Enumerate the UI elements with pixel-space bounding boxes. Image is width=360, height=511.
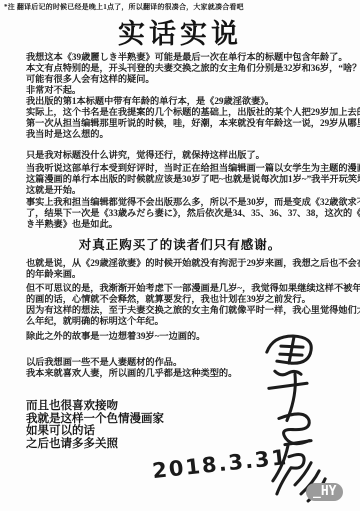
paragraph-2: 只是我对标题没什么讲究，觉得还行，就保持这样出版了。	[26, 150, 346, 161]
thanks-statement: 对真正购买了的读者们只有感谢。	[0, 235, 360, 253]
afterword-page: *注 翻译后记的时候已经是晚上1点了，所以翻译的很凑合，大家就凑合看吧 实话实说…	[0, 0, 360, 511]
text-line: 实际上，这个书名是在我提案的几个标题的基础上，出版社的某个人把29岁加上去的。	[26, 107, 346, 118]
text-line: 这就是开始。	[26, 185, 346, 196]
text-line: 当我听说这部单行本受到好评时，当时正在给担当编辑画一篇以女学生为主题的漫画，“包…	[26, 163, 346, 174]
closing-line: 之后也请多多关照	[26, 438, 164, 451]
page-title: 实话实说	[0, 12, 360, 51]
text-line: 事实上我和担当编辑都觉得不会出版那么多，所以不是30岁，而是变成《32歳欲求不満…	[26, 197, 346, 208]
paragraph-6: 但不可思议的是，我渐渐开始考虑下一部漫画是几岁~，我觉得如果继续这样不被年龄所束…	[26, 283, 346, 327]
closing-block: 而且也很喜欢接吻 我就是这样一个色情漫画家 如果可以的话 之后也请多多关照	[26, 400, 164, 450]
paragraph-5: 也就是说，从《29歳淫欲妻》的时候开始就没有拘泥于29岁来画，我想之后也不会在意…	[26, 258, 346, 280]
text-line: 的年龄来画。	[26, 269, 346, 280]
text-line: 了，结果下一次是《33歳みだら妻に》，然后依次是34、35、36、37、38，这…	[26, 208, 346, 219]
text-line: 我当时是这么想的。	[26, 129, 346, 140]
text-line: 本文有点特别的是，开头刊登的夫妻交换之旅的女主角们分别是32岁和36岁，“啥？”…	[26, 63, 346, 74]
text-line: 可能有很多人会有这样的疑问。	[26, 74, 346, 85]
text-line: 非常对不起。	[26, 85, 346, 96]
text-line: 但不可思议的是，我渐渐开始考虑下一部漫画是几岁~，我觉得如果继续这样不被年龄所束…	[26, 283, 346, 294]
text-line: 这篇漫画的单行本出版的时候就应该是30岁了吧~也就是说每次加1岁~”我半开玩笑地…	[26, 174, 346, 185]
text-line: 第一次从担当编辑那里听说的时候，哇，好潮，本来就没有年龄这一说，29岁从哪里来的…	[26, 118, 346, 129]
closing-line: 我就是这样一个色情漫画家	[26, 413, 164, 426]
paragraph-4: 事实上我和担当编辑都觉得不会出版那么多，所以不是30岁，而是变成《32歳欲求不満…	[26, 197, 346, 230]
text-line: 的画的话，心情就不会释然，就算要发行，我也计划在39岁之前发行。	[26, 294, 346, 305]
paragraph-3: 当我听说这部单行本受到好评时，当时正在给担当编辑画一篇以女学生为主题的漫画，“包…	[26, 163, 346, 196]
translator-note: *注 翻译后记的时候已经是晚上1点了，所以翻译的很凑合，大家就凑合看吧	[4, 2, 244, 12]
text-line: 因为有这样的想法，至于夫妻交换之旅的女主角们就像平时一样，我心里觉得她们大概处于…	[26, 305, 346, 316]
text-line: 我想这本《39歳麗しき半熟妻》可能是最后一次在单行本的标题中包含年龄了。	[26, 52, 346, 63]
text-line: 也就是说，从《29歳淫欲妻》的时候开始就没有拘泥于29岁来画，我想之后也不会在意…	[26, 258, 346, 269]
text-line: き半熟妻》也是如此。	[26, 219, 346, 230]
closing-line: 而且也很喜欢接吻	[26, 400, 164, 413]
text-line: 只是我对标题没什么讲究，觉得还行，就保持这样出版了。	[26, 150, 346, 161]
text-line: 么年纪，就明确的标明这个年纪。	[26, 316, 346, 327]
translator-watermark-badge: _HY	[306, 483, 343, 501]
closing-line: 如果可以的话	[26, 425, 164, 438]
text-line: 我出版的第1本标题中带有年龄的单行本，是《29歳淫欲妻》。	[26, 96, 346, 107]
paragraph-1: 我想这本《39歳麗しき半熟妻》可能是最后一次在单行本的标题中包含年龄了。 本文有…	[26, 52, 346, 140]
